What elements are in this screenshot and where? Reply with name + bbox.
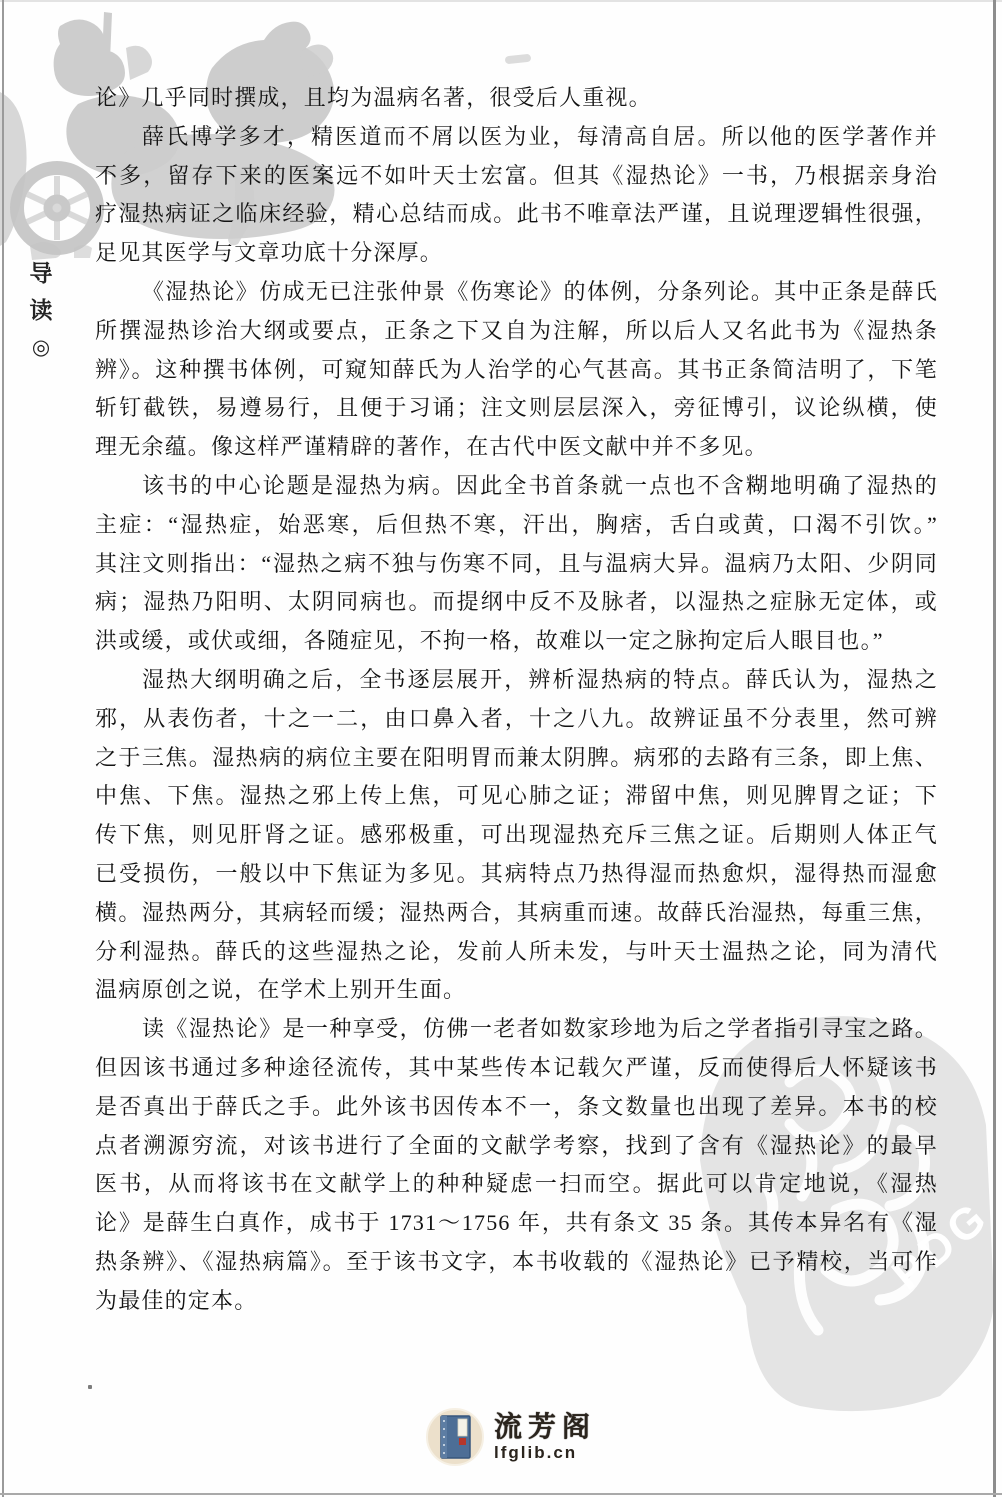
scanned-book-page: PDG 导 读 ◎ 论》几乎同时撰成，且均为温病名著，很受后人重视。薛氏博学多才…	[0, 0, 1002, 1497]
text-line: 主症：“湿热症，始恶寒，后但热不寒，汗出，胸痞，舌白或黄，口渴不引饮。”	[95, 506, 938, 545]
text-line: 是否真出于薛氏之手。此外该书因传本不一，条文数量也出现了差异。本书的校	[95, 1088, 938, 1127]
text-line: 中焦、下焦。湿热之邪上传上焦，可见心肺之证；滞留中焦，则见脾胃之证；下	[95, 777, 938, 816]
text-line: 论》几乎同时撰成，且均为温病名著，很受后人重视。	[95, 79, 938, 118]
text-line: 不多，留存下来的医案远不如叶天士宏富。但其《湿热论》一书，乃根据亲身治	[95, 157, 938, 196]
scan-edge-top	[0, 0, 1002, 2]
text-line: 辨》。这种撰书体例，可窥知薛氏为人治学的心气甚高。其书正条简洁明了，下笔	[95, 351, 938, 390]
text-line: 读《湿热论》是一种享受，仿佛一老者如数家珍地为后之学者指引寻宝之路。	[95, 1010, 938, 1049]
logo-domain: lfglib.cn	[494, 1443, 596, 1462]
text-line: 医书，从而将该书在文献学上的种种疑虑一扫而空。据此可以肯定地说，《湿热	[95, 1165, 938, 1204]
text-line: 热条辨》、《湿热病篇》。至于该书文字，本书收载的《湿热论》已予精校，当可作	[95, 1243, 938, 1282]
text-line: 为最佳的定本。	[95, 1282, 938, 1321]
text-line: 所撰湿热诊治大纲或要点，正条之下又自为注解，所以后人又名此书为《湿热条	[95, 312, 938, 351]
text-line: 温病原创之说，在学术上别开生面。	[95, 971, 938, 1010]
margin-label-daodu: 导 读 ◎	[28, 262, 54, 358]
text-line: 但因该书通过多种途径流传，其中某些传本记载欠严谨，反而使得后人怀疑该书	[95, 1049, 938, 1088]
text-line: 足见其医学与文章功底十分深厚。	[95, 234, 938, 273]
text-line: 分利湿热。薛氏的这些湿热之论，发前人所未发，与叶天士温热之论，同为清代	[95, 933, 938, 972]
logo-text-stack: 流芳阁 lfglib.cn	[494, 1413, 596, 1462]
scan-edge-left	[2, 0, 4, 1497]
margin-label-char-1: 导	[30, 262, 53, 286]
book-badge-icon	[426, 1408, 484, 1466]
text-line: 邪，从表伤者，十之一二，由口鼻入者，十之八九。故辨证虽不分表里，然可辨	[95, 700, 938, 739]
text-line: 传下焦，则见肝肾之证。感邪极重，可出现湿热充斥三焦之证。后期则人体正气	[95, 816, 938, 855]
text-line: 理无余蕴。像这样严谨精辟的著作，在古代中医文献中并不多见。	[95, 428, 938, 467]
scan-speck	[88, 1385, 92, 1389]
text-line: 洪或缓，或伏或细，各随症见，不拘一格，故难以一定之脉拘定后人眼目也。”	[95, 622, 938, 661]
logo-title: 流芳阁	[494, 1413, 596, 1443]
text-line: 湿热大纲明确之后，全书逐层展开，辨析湿热病的特点。薛氏认为，湿热之	[95, 661, 938, 700]
scan-edge-bottom	[0, 1493, 1002, 1495]
text-line: 该书的中心论题是湿热为病。因此全书首条就一点也不含糊地明确了湿热的	[95, 467, 938, 506]
text-line: 论》是薛生白真作，成书于 1731～1756 年，共有条文 35 条。其传本异名…	[95, 1204, 938, 1243]
margin-label-char-2: 读	[30, 299, 53, 323]
text-line: 已受损伤，一般以中下焦证为多见。其病特点乃热得湿而热愈炽，湿得热而湿愈	[95, 855, 938, 894]
scan-smudge	[505, 54, 532, 65]
text-line: 《湿热论》仿成无已注张仲景《伤寒论》的体例，分条列论。其中正条是薛氏	[95, 273, 938, 312]
text-block: 论》几乎同时撰成，且均为温病名著，很受后人重视。薛氏博学多才，精医道而不屑以医为…	[95, 79, 938, 1321]
text-line: 点者溯源穷流，对该书进行了全面的文献学考察，找到了含有《湿热论》的最早	[95, 1127, 938, 1166]
scan-edge-right	[993, 0, 996, 1497]
bullseye-symbol: ◎	[32, 336, 50, 358]
text-line: 之于三焦。湿热病的病位主要在阳明胃而兼太阴脾。病邪的去路有三条，即上焦、	[95, 739, 938, 778]
text-line: 横。湿热两分，其病轻而缓；湿热两合，其病重而速。故薛氏治湿热，每重三焦，	[95, 894, 938, 933]
text-line: 斩钉截铁，易遵易行，且便于习诵；注文则层层深入，旁征博引，议论纵横，使	[95, 389, 938, 428]
text-line: 疗湿热病证之临床经验，精心总结而成。此书不唯章法严谨，且说理逻辑性很强，	[95, 195, 938, 234]
text-line: 薛氏博学多才，精医道而不屑以医为业，每清高自居。所以他的医学著作并	[95, 118, 938, 157]
lfglib-logo: 流芳阁 lfglib.cn	[426, 1408, 596, 1466]
text-line: 其注文则指出：“湿热之病不独与伤寒不同，且与温病大异。温病乃太阳、少阴同	[95, 545, 938, 584]
text-line: 病；湿热乃阳明、太阴同病也。而提纲中反不及脉者，以湿热之症脉无定体，或	[95, 583, 938, 622]
